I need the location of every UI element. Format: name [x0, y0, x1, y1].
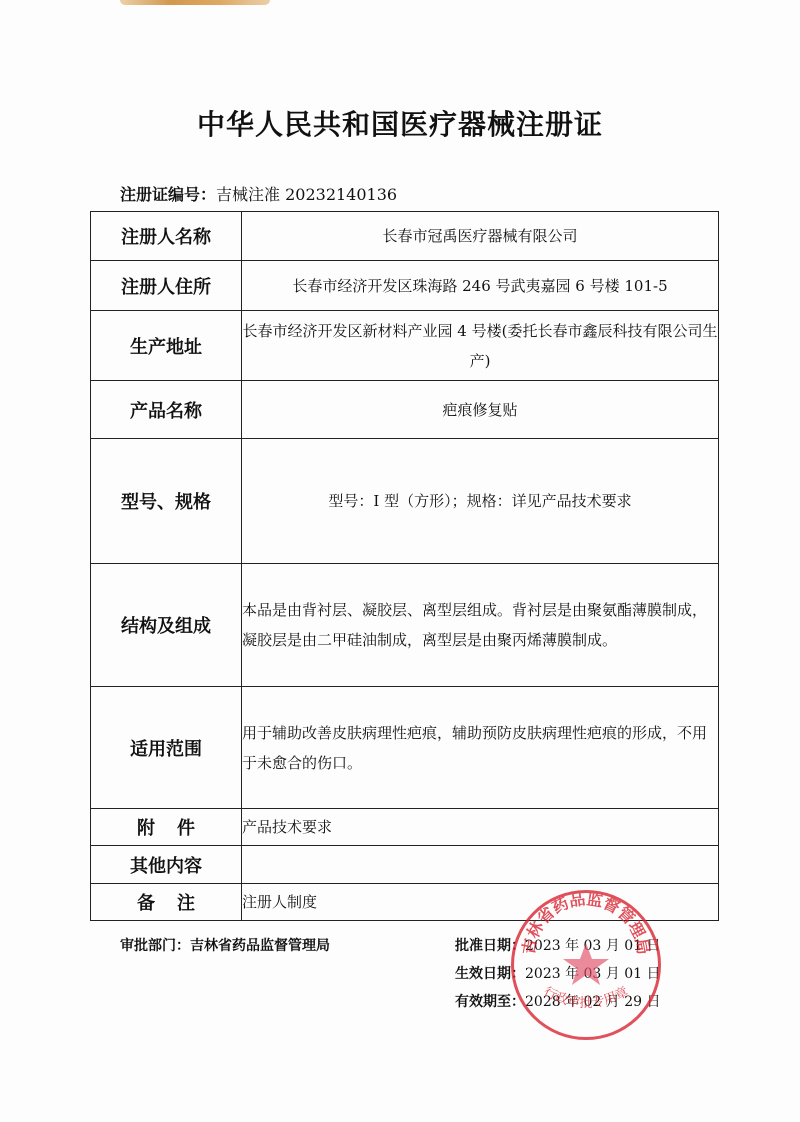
cert-no-label: 注册证编号：: [120, 185, 216, 204]
certificate-number: 注册证编号：吉械注准 20232140136: [120, 182, 397, 205]
row-value: 长春市经济开发区珠海路 246 号武夷嘉园 6 号楼 101-5: [242, 261, 719, 311]
table-row-production-address: 生产地址 长春市经济开发区新材料产业园 4 号楼(委托长春市鑫辰科技有限公司生产…: [91, 311, 719, 381]
row-label: 适用范围: [91, 687, 242, 809]
table-row-registrant-address: 注册人住所 长春市经济开发区珠海路 246 号武夷嘉园 6 号楼 101-5: [91, 261, 719, 311]
effective-date: 生效日期：2023 年 03 月 01 日: [455, 963, 661, 983]
table-row-product-name: 产品名称 疤痕修复贴: [91, 381, 719, 439]
registration-table: 注册人名称 长春市冠禹医疗器械有限公司 注册人住所 长春市经济开发区珠海路 24…: [90, 211, 719, 921]
expiry-date: 有效期至：2028 年 02 月 29 日: [455, 991, 661, 1011]
row-label: 附件: [91, 809, 242, 846]
row-label: 生产地址: [91, 311, 242, 381]
document-title: 中华人民共和国医疗器械注册证: [0, 103, 800, 143]
row-value: 型号：I 型（方形）；规格：详见产品技术要求: [242, 439, 719, 564]
table-row-other: 其他内容: [91, 846, 719, 884]
scan-edge-artifact: [120, 0, 270, 5]
row-label: 产品名称: [91, 381, 242, 439]
row-value: [242, 846, 719, 884]
row-value: 产品技术要求: [242, 809, 719, 846]
row-label: 其他内容: [91, 846, 242, 884]
row-label: 注册人名称: [91, 212, 242, 261]
approval-date: 批准日期：2023 年 03 月 01 日: [455, 935, 661, 955]
row-value: 长春市经济开发区新材料产业园 4 号楼(委托长春市鑫辰科技有限公司生产): [242, 311, 719, 381]
row-value: 长春市冠禹医疗器械有限公司: [242, 212, 719, 261]
table-row-remarks: 备注 注册人制度: [91, 884, 719, 921]
table-row-registrant-name: 注册人名称 长春市冠禹医疗器械有限公司: [91, 212, 719, 261]
row-value: 注册人制度: [242, 884, 719, 921]
table-row-scope: 适用范围 用于辅助改善皮肤病理性疤痕，辅助预防皮肤病理性疤痕的形成，不用于未愈合…: [91, 687, 719, 809]
row-label: 备注: [91, 884, 242, 921]
table-row-structure: 结构及组成 本品是由背衬层、凝胶层、离型层组成。背衬层是由聚氨酯薄膜制成，凝胶层…: [91, 564, 719, 687]
table-row-model-spec: 型号、规格 型号：I 型（方形）；规格：详见产品技术要求: [91, 439, 719, 564]
row-value: 疤痕修复贴: [242, 381, 719, 439]
table-row-attachment: 附件 产品技术要求: [91, 809, 719, 846]
row-value: 本品是由背衬层、凝胶层、离型层组成。背衬层是由聚氨酯薄膜制成，凝胶层是由二甲硅油…: [242, 564, 719, 687]
row-label: 注册人住所: [91, 261, 242, 311]
row-label: 型号、规格: [91, 439, 242, 564]
row-value: 用于辅助改善皮肤病理性疤痕，辅助预防皮肤病理性疤痕的形成，不用于未愈合的伤口。: [242, 687, 719, 809]
approval-department: 审批部门：吉林省药品监督管理局: [120, 935, 330, 955]
row-label: 结构及组成: [91, 564, 242, 687]
cert-no-value: 吉械注准 20232140136: [216, 185, 397, 204]
